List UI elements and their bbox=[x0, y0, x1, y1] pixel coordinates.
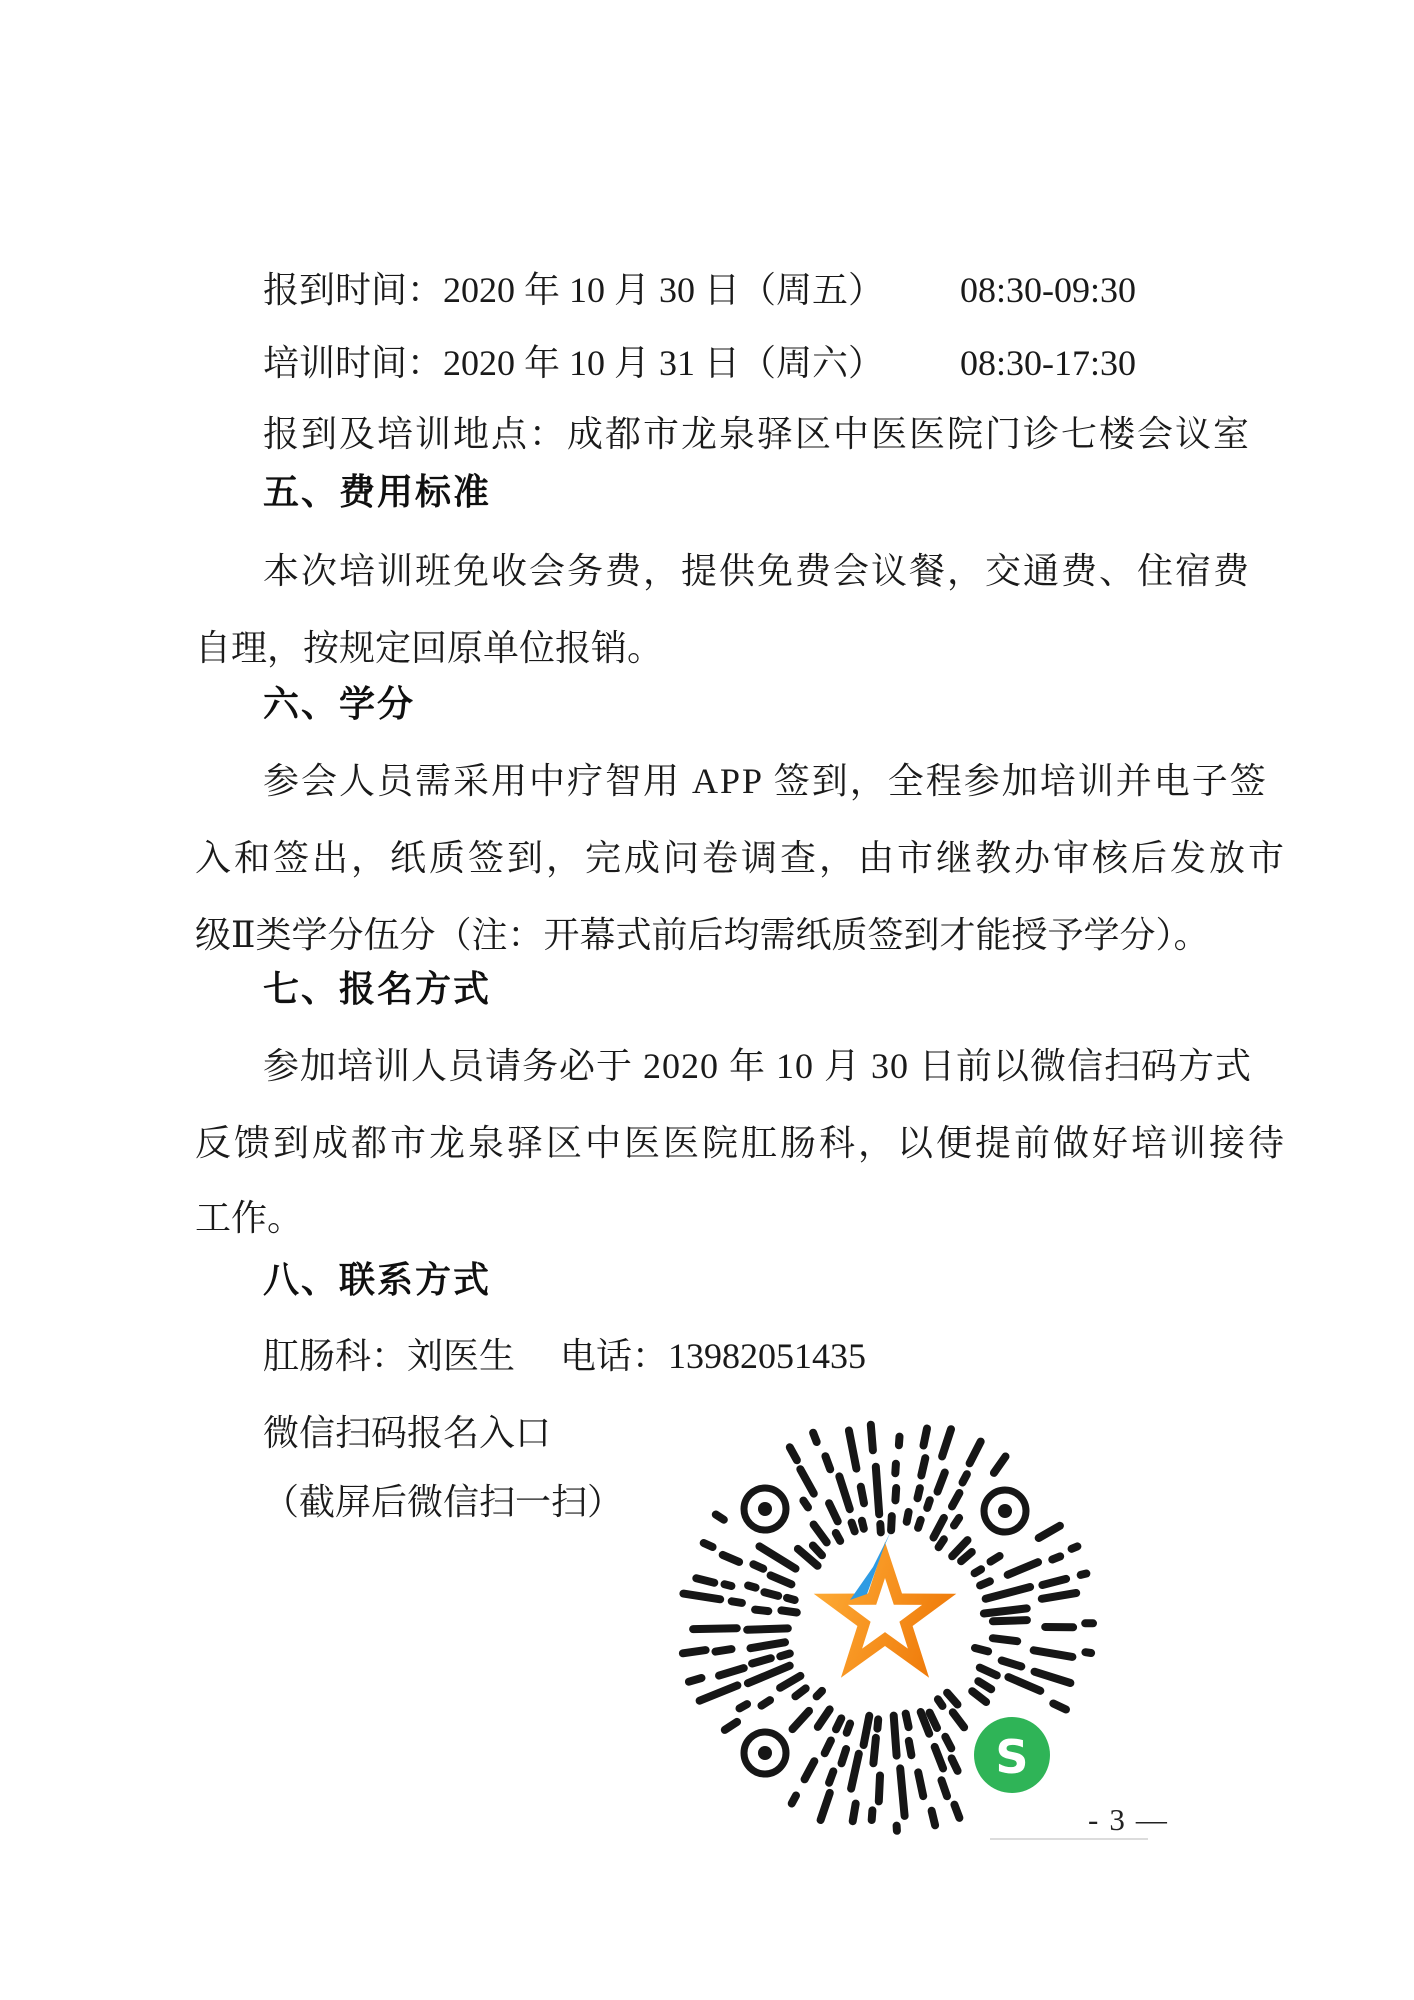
schedule-line-checkin: 报到时间：2020 年 10 月 30 日（周五） 08:30-09:30 bbox=[263, 272, 884, 308]
checkin-date-text: 报到时间：2020 年 10 月 30 日（周五） bbox=[263, 270, 884, 310]
footer-right-dash: — bbox=[1136, 1802, 1167, 1838]
paragraph-line: 工作。 bbox=[195, 1200, 303, 1236]
contact-phone-line: 肛肠科：刘医生 电话：13982051435 bbox=[263, 1338, 866, 1374]
section-heading-fees: 五、费用标准 bbox=[263, 474, 491, 510]
paragraph-line: 参会人员需采用中疗智用 APP 签到，全程参加培训并电子签 bbox=[263, 763, 1268, 799]
paragraph-line: 本次培训班免收会务费，提供免费会议餐，交通费、住宿费 bbox=[263, 553, 1251, 589]
qr-entry-label: 微信扫码报名入口 bbox=[263, 1415, 551, 1451]
training-date-text: 培训时间：2020 年 10 月 31 日（周六） bbox=[263, 343, 884, 383]
image-edge-hairline bbox=[990, 1838, 1148, 1840]
page-number: 3 bbox=[1109, 1802, 1125, 1838]
training-time-value: 08:30-17:30 bbox=[960, 345, 1136, 381]
checkin-time-value: 08:30-09:30 bbox=[960, 272, 1136, 308]
section-heading-contact: 八、联系方式 bbox=[263, 1262, 491, 1298]
paragraph-line: 级Ⅱ类学分伍分（注：开幕式前后均需纸质签到才能授予学分）。 bbox=[195, 917, 1209, 953]
paragraph-line: 自理，按规定回原单位报销。 bbox=[195, 630, 663, 666]
qr-instruction-line: （截屏后微信扫一扫） bbox=[263, 1484, 623, 1520]
paragraph-line: 参加培训人员请务必于 2020 年 10 月 30 日前以微信扫码方式 bbox=[263, 1048, 1252, 1084]
section-heading-registration: 七、报名方式 bbox=[263, 971, 491, 1007]
schedule-line-training: 培训时间：2020 年 10 月 31 日（周六） 08:30-17:30 bbox=[263, 345, 884, 381]
document-page: 报到时间：2020 年 10 月 30 日（周五） 08:30-09:30 培训… bbox=[0, 0, 1414, 2000]
location-line: 报到及培训地点：成都市龙泉驿区中医医院门诊七楼会议室 bbox=[263, 416, 1251, 452]
footer-left-dash: - bbox=[1088, 1802, 1098, 1838]
svg-text:S: S bbox=[995, 1730, 1028, 1784]
miniprogram-qr-code: S bbox=[667, 1405, 1107, 1845]
paragraph-line: 反馈到成都市龙泉驿区中医医院肛肠科，以便提前做好培训接待 bbox=[195, 1125, 1287, 1161]
paragraph-line: 入和签出，纸质签到，完成问卷调查，由市继教办审核后发放市 bbox=[195, 840, 1287, 876]
section-heading-credits: 六、学分 bbox=[263, 686, 415, 722]
page-footer: - 3 — bbox=[1088, 1802, 1167, 1838]
